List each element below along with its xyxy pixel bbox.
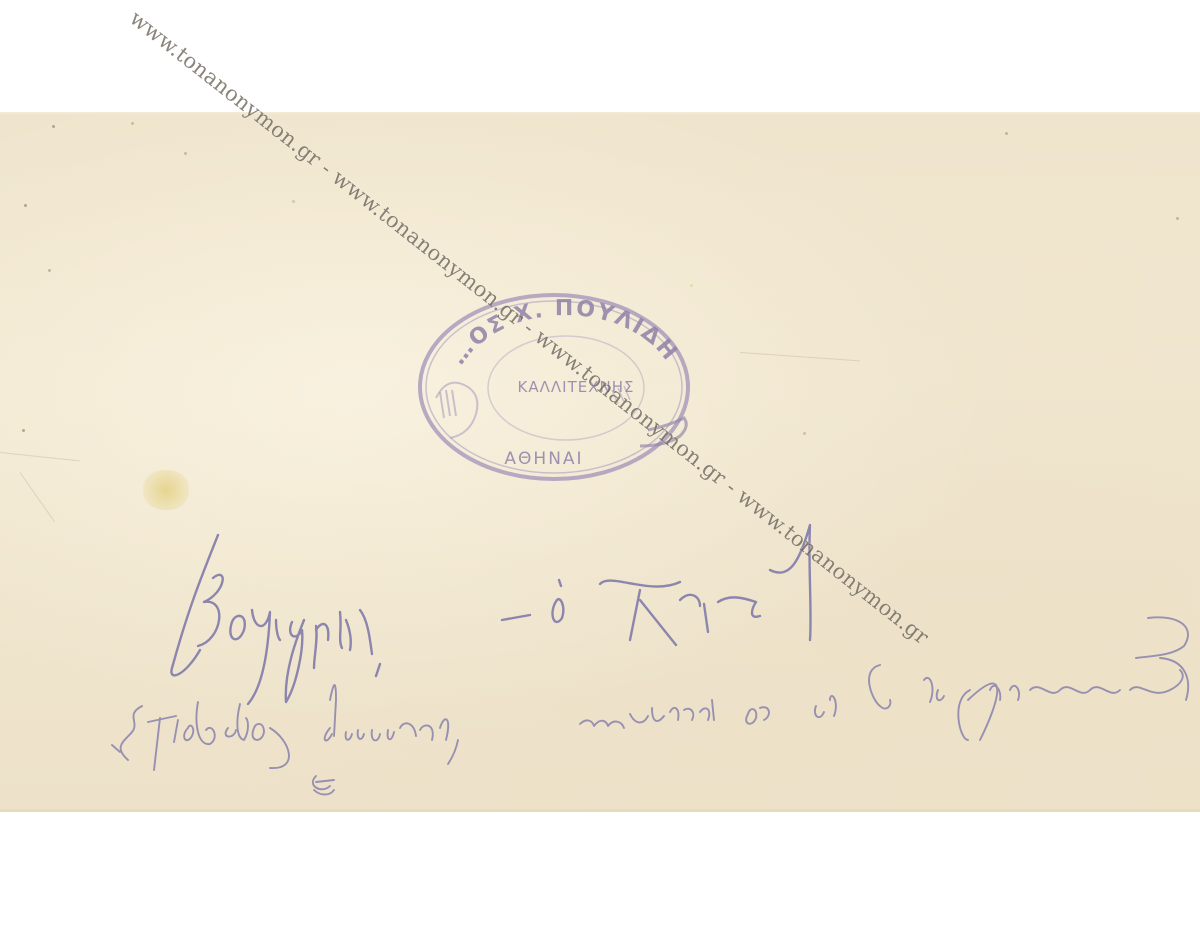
handwriting-strokes xyxy=(0,0,1200,926)
